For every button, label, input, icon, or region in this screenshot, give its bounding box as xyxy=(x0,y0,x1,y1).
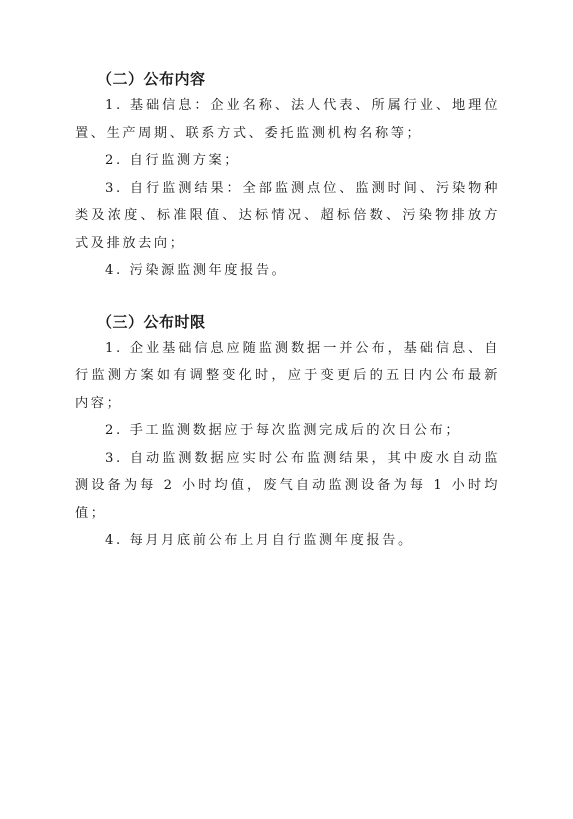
list-item: 3. 自动监测数据应实时公布监测结果，其中废水自动监测设备为每 2 小时均值，废… xyxy=(75,445,500,528)
list-item: 2. 手工监测数据应于每次监测完成后的次日公布； xyxy=(75,417,500,445)
section-heading: （二）公布内容 xyxy=(75,66,500,92)
section-heading: （三）公布时限 xyxy=(75,309,500,335)
list-item: 1. 基础信息：企业名称、法人代表、所属行业、地理位置、生产周期、联系方式、委托… xyxy=(75,92,500,147)
list-item: 4. 污染源监测年度报告。 xyxy=(75,257,500,285)
document-page: （二）公布内容 1. 基础信息：企业名称、法人代表、所属行业、地理位置、生产周期… xyxy=(75,66,500,555)
list-item: 4. 每月月底前公布上月自行监测年度报告。 xyxy=(75,527,500,555)
section-spacer xyxy=(75,285,500,309)
list-item: 3. 自行监测结果：全部监测点位、监测时间、污染物种类及浓度、标准限值、达标情况… xyxy=(75,175,500,258)
section-publish-deadline: （三）公布时限 1. 企业基础信息应随监测数据一并公布，基础信息、自行监测方案如… xyxy=(75,309,500,555)
list-item: 1. 企业基础信息应随监测数据一并公布，基础信息、自行监测方案如有调整变化时，应… xyxy=(75,335,500,418)
section-publish-content: （二）公布内容 1. 基础信息：企业名称、法人代表、所属行业、地理位置、生产周期… xyxy=(75,66,500,285)
list-item: 2. 自行监测方案； xyxy=(75,147,500,175)
